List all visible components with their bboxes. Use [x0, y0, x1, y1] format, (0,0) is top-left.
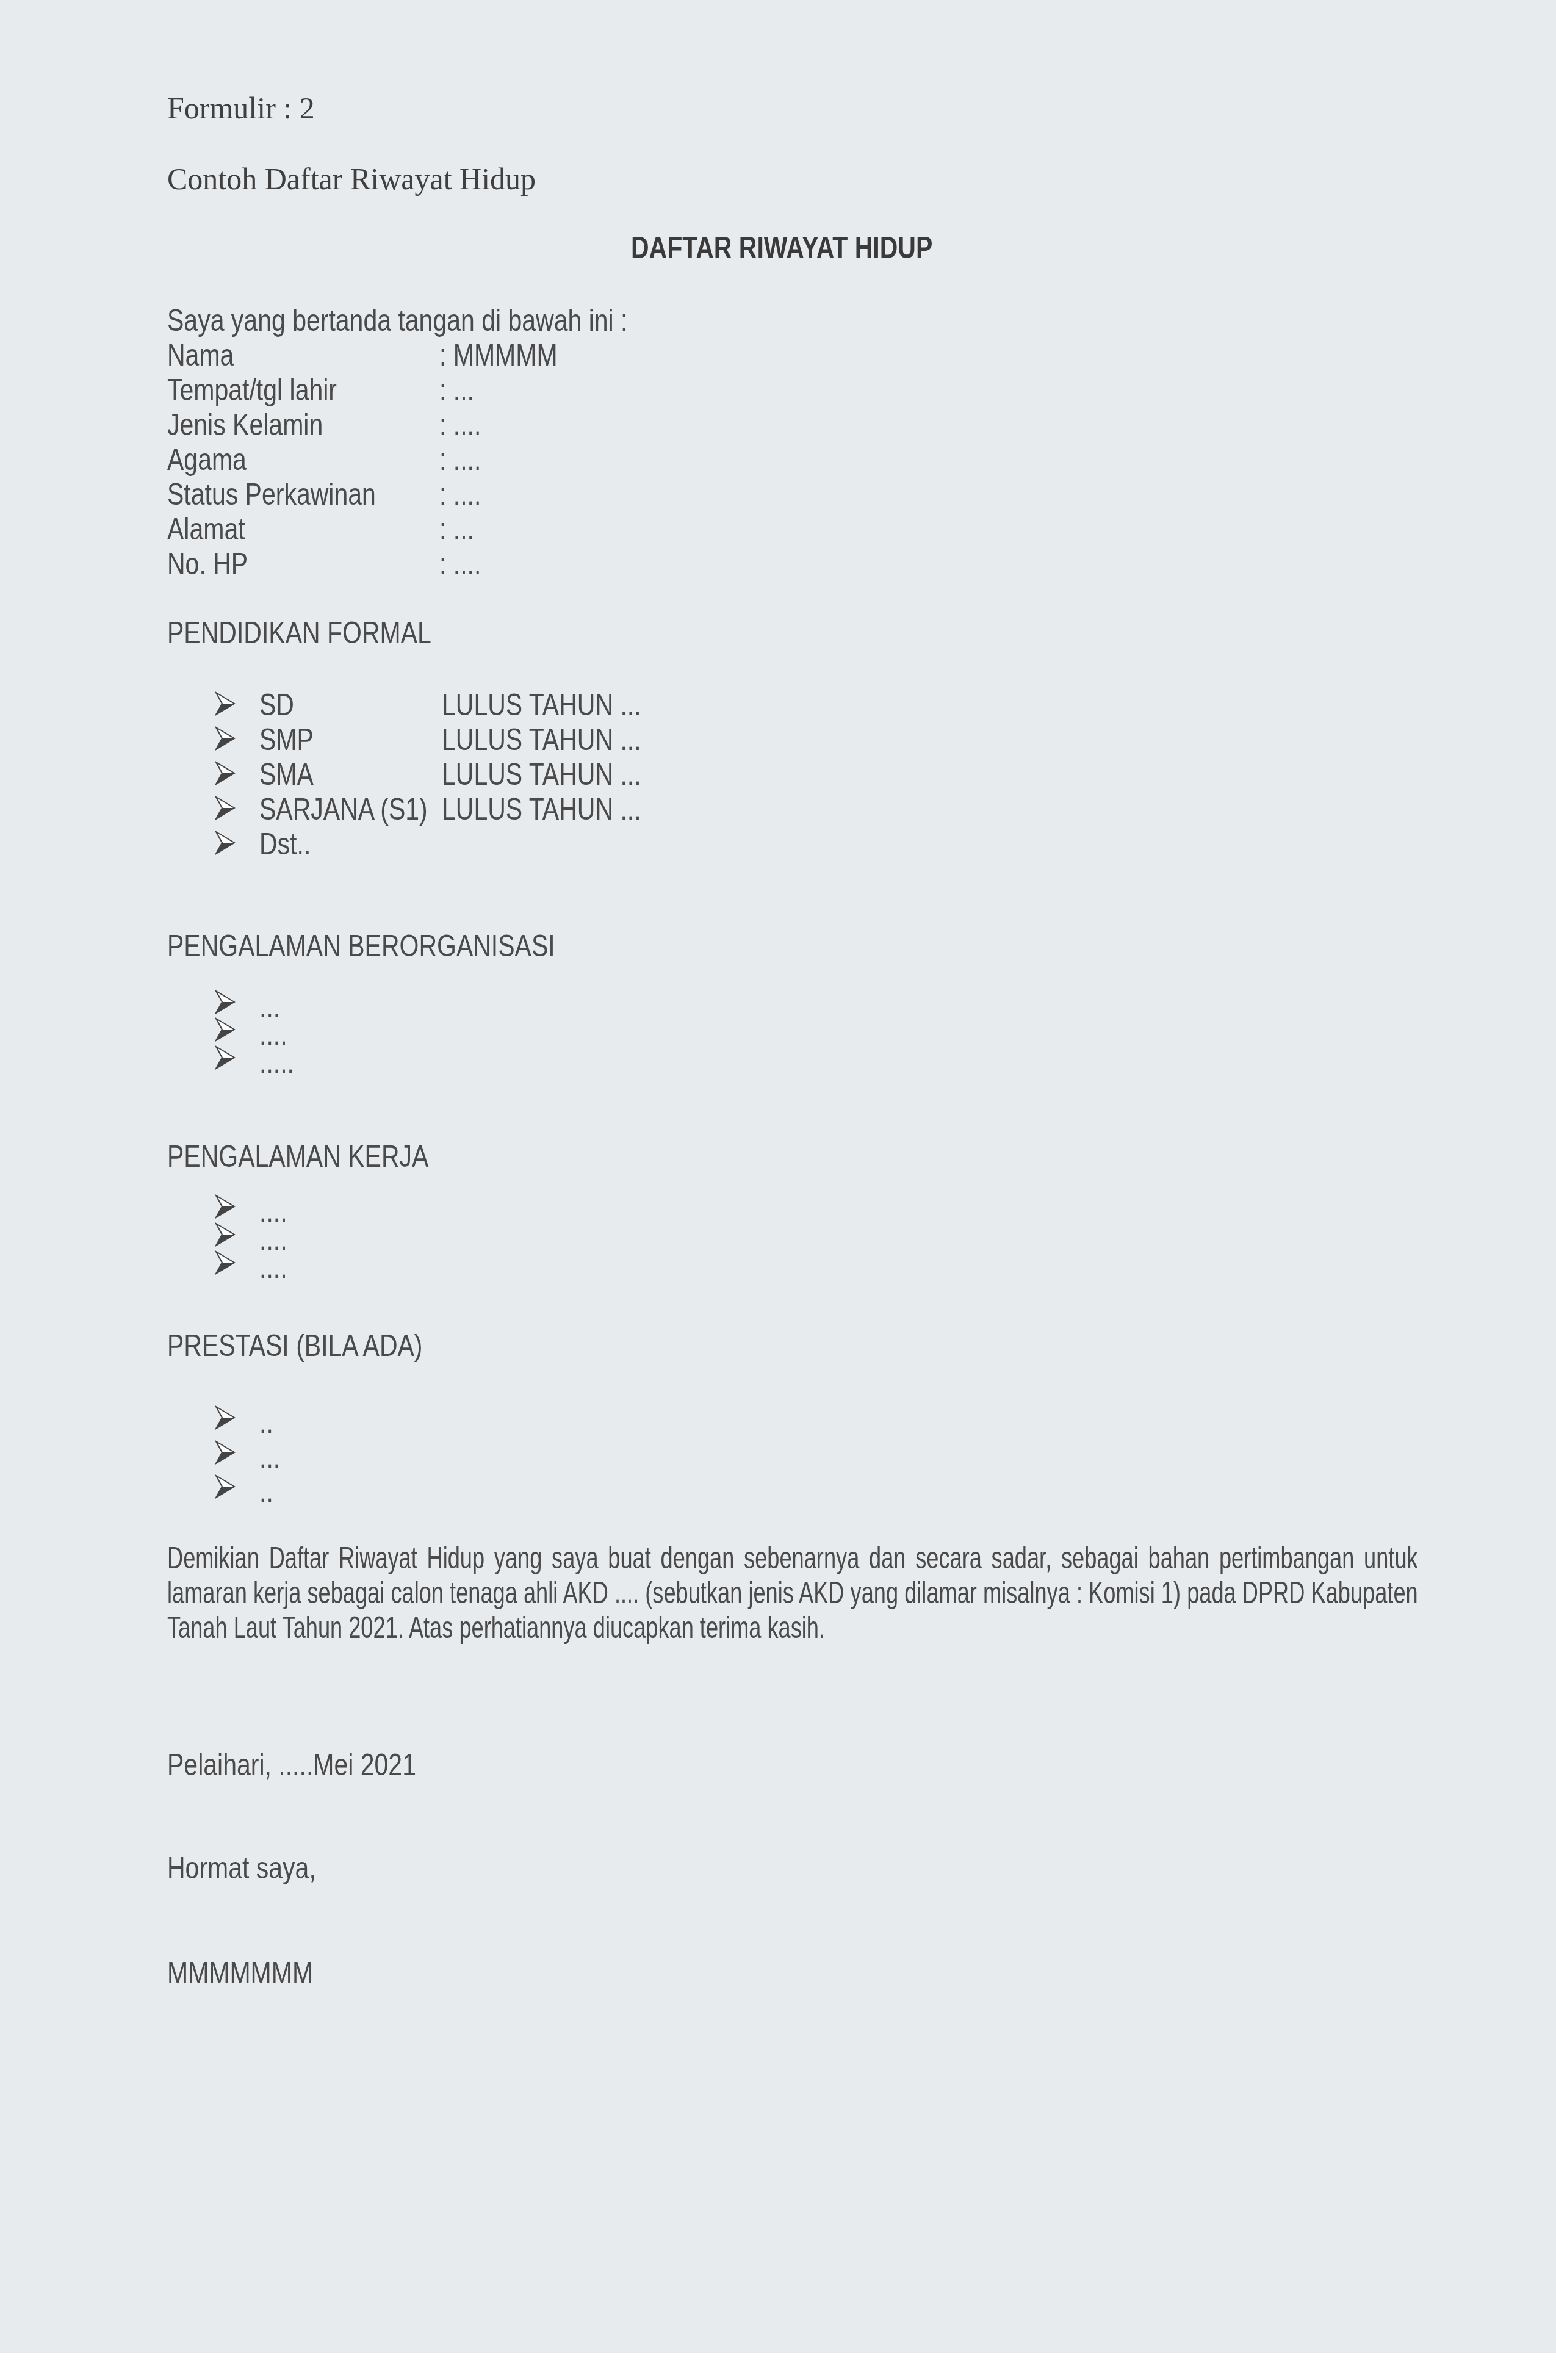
regards: Hormat saya, — [167, 1853, 316, 1883]
field-value: : .... — [439, 444, 481, 475]
place-date: Pelaihari, .....Mei 2021 — [167, 1750, 416, 1780]
arrow-bullet-icon — [215, 796, 236, 820]
form-label: Formulir : 2 — [167, 93, 315, 123]
arrow-bullet-icon — [215, 1474, 236, 1499]
arrow-bullet-icon — [215, 1222, 236, 1247]
education-year: LULUS TAHUN ... — [442, 690, 641, 720]
signature-name: MMMMMMM — [167, 1958, 313, 1988]
field-label: Nama — [167, 340, 234, 370]
education-level: Dst.. — [259, 829, 311, 859]
document-title: DAFTAR RIWAYAT HIDUP — [631, 233, 932, 263]
field-value: : ... — [439, 375, 474, 405]
intro-text: Saya yang bertanda tangan di bawah ini : — [167, 305, 628, 336]
work-heading: PENGALAMAN KERJA — [167, 1141, 428, 1172]
education-year: LULUS TAHUN ... — [442, 794, 641, 824]
list-item: ..... — [259, 1047, 294, 1078]
document-subtitle: Contoh Daftar Riwayat Hidup — [167, 164, 536, 194]
organization-heading: PENGALAMAN BERORGANISASI — [167, 931, 555, 961]
arrow-bullet-icon — [215, 761, 236, 785]
field-label: Alamat — [167, 514, 245, 544]
list-item: ... — [259, 1442, 280, 1473]
field-value: : MMMMM — [439, 340, 558, 370]
field-label: Tempat/tgl lahir — [167, 375, 337, 405]
field-value: : .... — [439, 549, 481, 579]
arrow-bullet-icon — [215, 990, 236, 1014]
field-label: No. HP — [167, 549, 248, 579]
arrow-bullet-icon — [215, 1440, 236, 1465]
arrow-bullet-icon — [215, 831, 236, 855]
arrow-bullet-icon — [215, 1405, 236, 1430]
field-value: : .... — [439, 409, 481, 440]
field-label: Agama — [167, 444, 247, 475]
arrow-bullet-icon — [215, 1194, 236, 1219]
arrow-bullet-icon — [215, 1017, 236, 1042]
field-value: : ... — [439, 514, 474, 544]
arrow-bullet-icon — [215, 1045, 236, 1070]
document-page: Formulir : 2 Contoh Daftar Riwayat Hidup… — [0, 0, 1556, 2353]
field-label: Jenis Kelamin — [167, 409, 323, 440]
education-level: SMP — [259, 724, 314, 755]
achievements-heading: PRESTASI (BILA ADA) — [167, 1330, 422, 1361]
education-year: LULUS TAHUN ... — [442, 759, 641, 790]
education-heading: PENDIDIKAN FORMAL — [167, 618, 431, 648]
list-item: .. — [259, 1407, 273, 1438]
education-year: LULUS TAHUN ... — [442, 724, 641, 755]
arrow-bullet-icon — [215, 726, 236, 751]
list-item: .... — [259, 1252, 287, 1283]
list-item: .. — [259, 1476, 273, 1507]
education-level: SARJANA (S1) — [259, 794, 428, 824]
field-label: Status Perkawinan — [167, 479, 376, 510]
arrow-bullet-icon — [215, 1250, 236, 1275]
field-value: : .... — [439, 479, 481, 510]
arrow-bullet-icon — [215, 691, 236, 716]
closing-paragraph: Demikian Daftar Riwayat Hidup yang saya … — [167, 1541, 1418, 1645]
education-level: SMA — [259, 759, 314, 790]
education-level: SD — [259, 690, 294, 720]
